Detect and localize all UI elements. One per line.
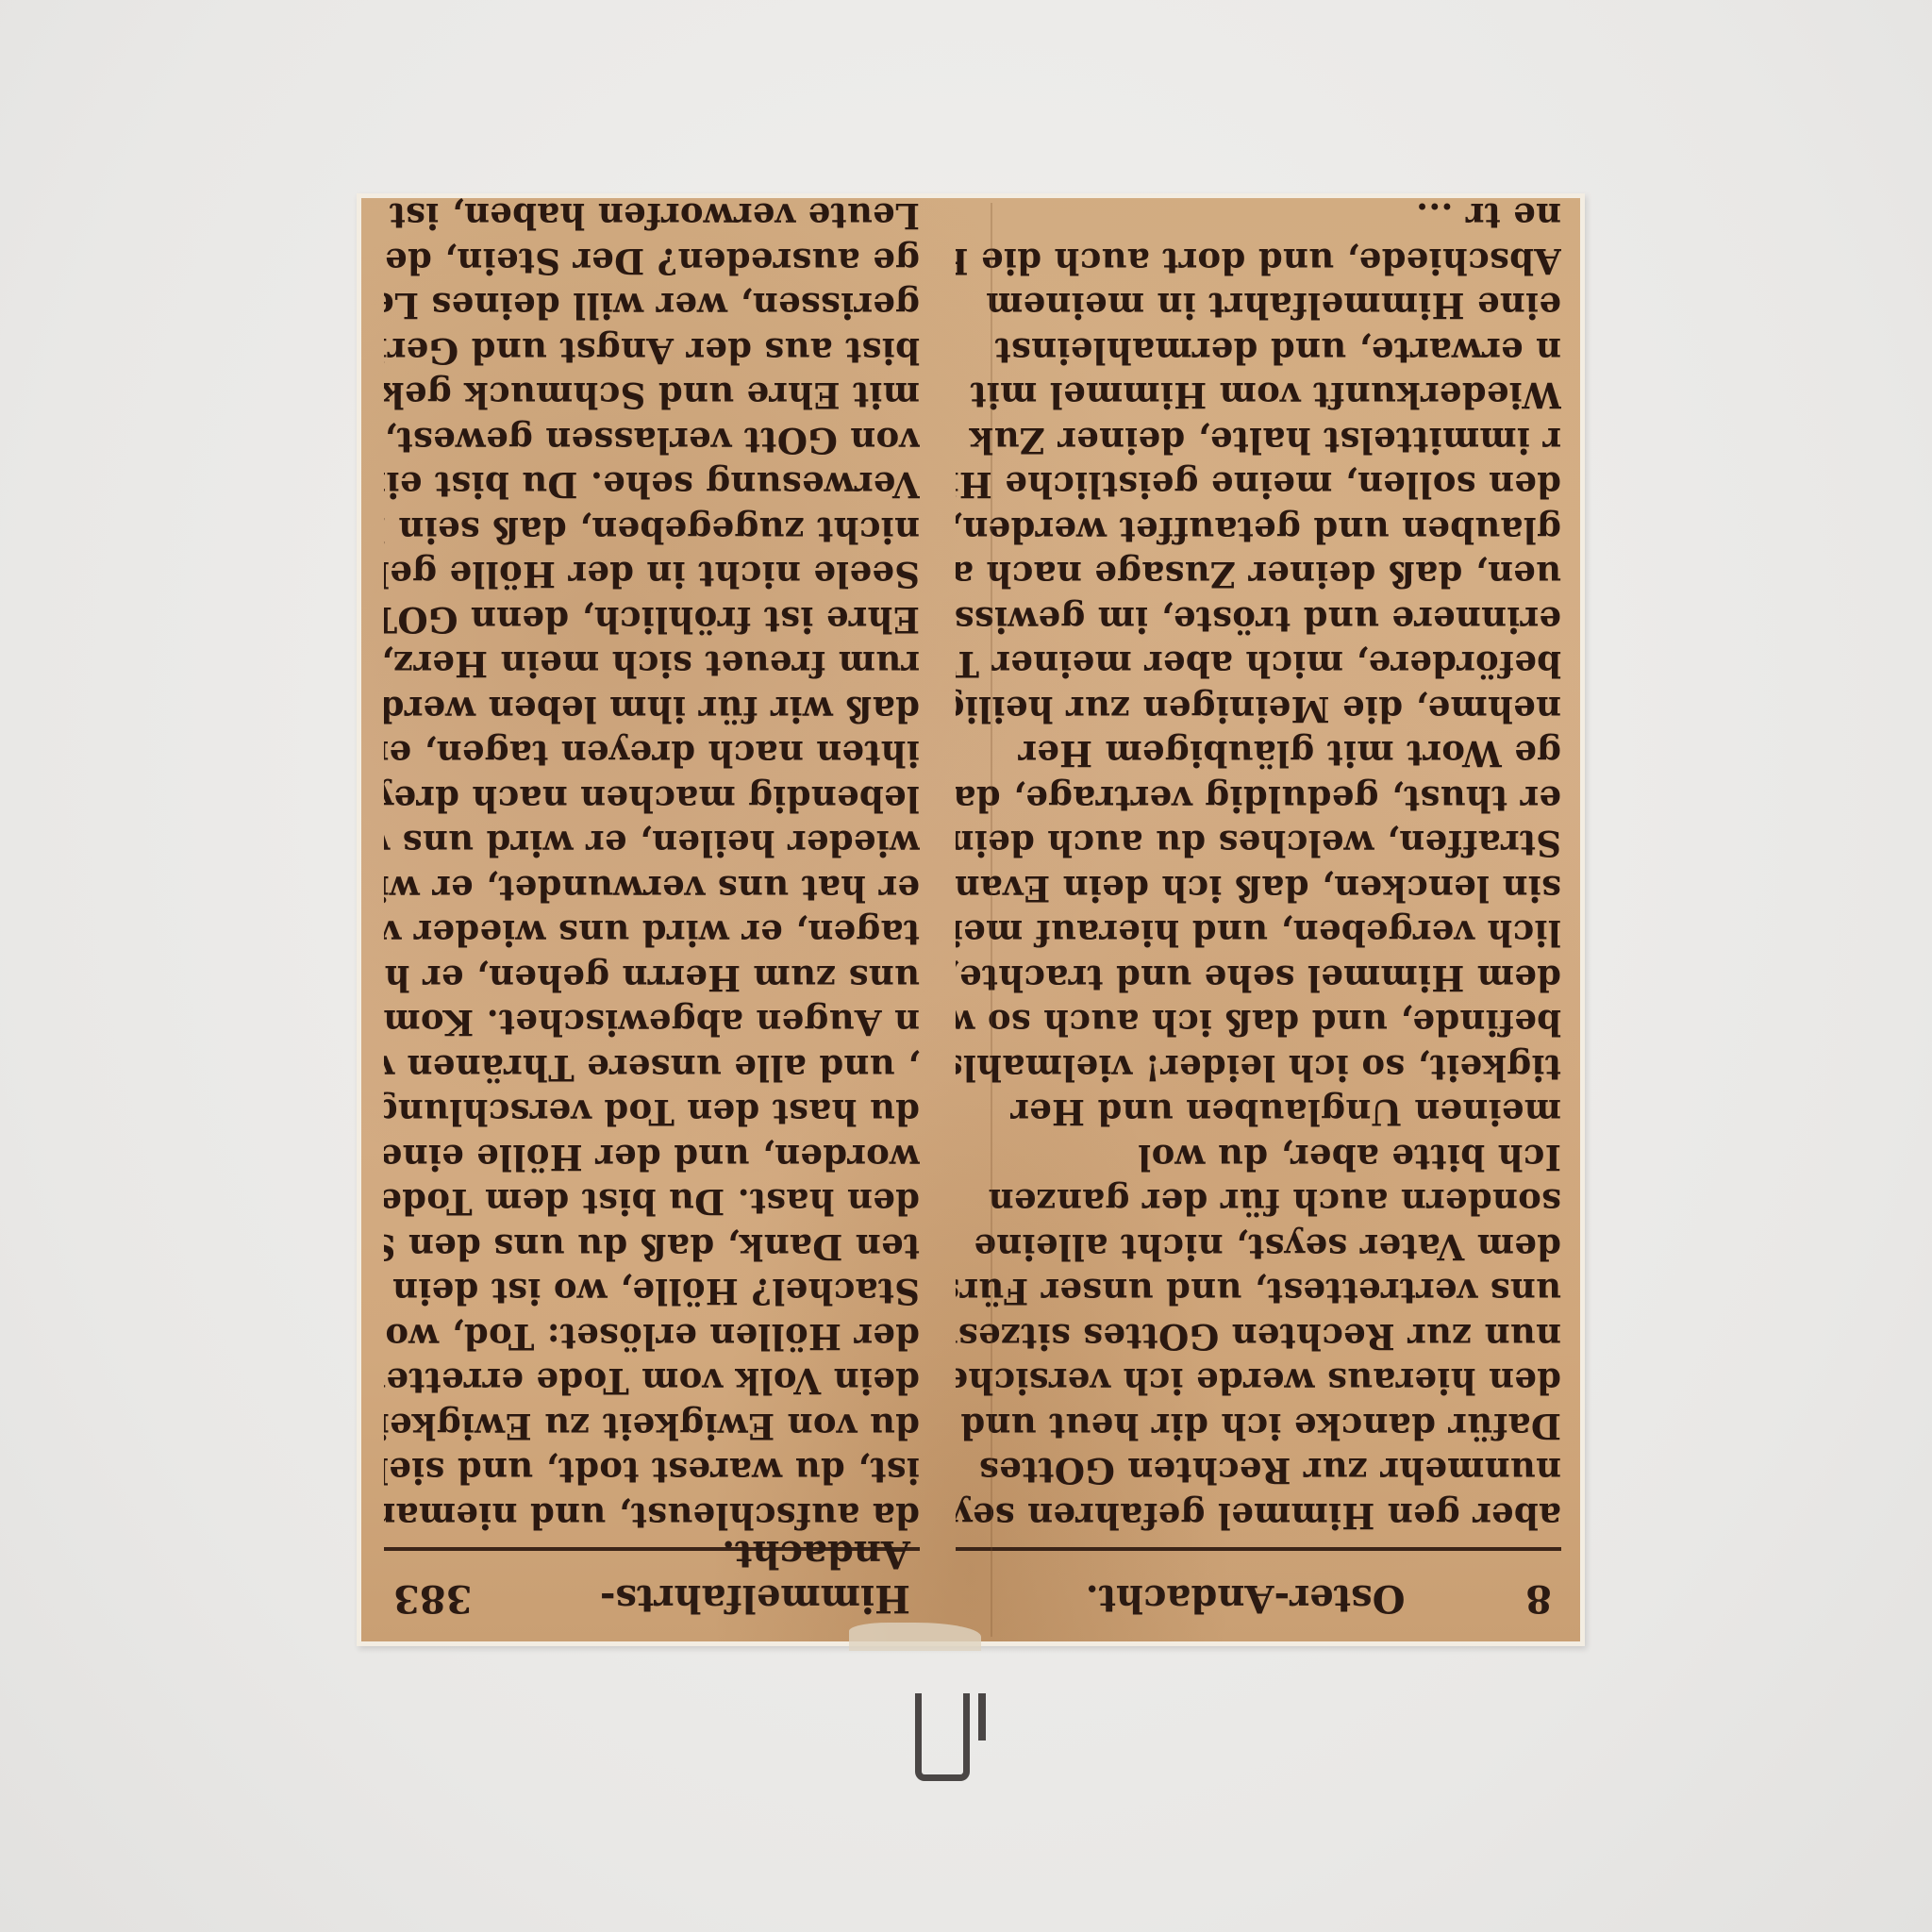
text-line: Ehre ist fröhlich, denn GOTT hat (384, 597, 920, 642)
text-line: Straffen, welches du auch deine (956, 821, 1561, 866)
text-line: mit Ehre und Schmuck gekrönet: (384, 373, 920, 418)
text-line: sin lencken, daß ich dein Evan (956, 866, 1561, 911)
metal-hook-icon (915, 1693, 970, 1781)
text-line: tagen, er wird uns wieder verbin (384, 910, 920, 956)
text-line: aber gen Himmel gefahren seyst, (956, 1493, 1561, 1539)
text-line: dein Volk vom Tode errettet, und (384, 1358, 920, 1404)
text-line: Ich bitte aber, du wol (956, 1135, 1561, 1180)
page-seam (991, 203, 992, 1637)
text-line: den hast. Du bist dem Tode ein (384, 1179, 920, 1224)
page-title: Himmelfahrts-Andacht. (473, 1532, 911, 1621)
page-number: 8 (1525, 1576, 1552, 1621)
text-line: Dafür dancke ich dir heut und (956, 1404, 1561, 1449)
text-line: du hast den Tod verschlungen ewig (384, 1090, 920, 1135)
text-line: du von Ewigkeit zu Ewigkeit: Du (384, 1404, 920, 1449)
text-line: den hieraus werde ich versichert, (956, 1358, 1561, 1404)
page-header: Himmelfahrts-Andacht. 383 (384, 1547, 920, 1621)
text-line: ist, du warest todt, und siehe nun (384, 1448, 920, 1493)
page-header: 8 Oster-Andacht. (956, 1547, 1561, 1621)
text-line: uns vertrettest, und unser Fürspre (956, 1269, 1561, 1314)
pasted-paper: 8 Oster-Andacht. aber gen Himmel gefahre… (361, 198, 1580, 1641)
text-line: eine Himmelfahrt in meinem (956, 283, 1561, 328)
text-line: daß wir für ihm leben werden. (384, 687, 920, 732)
text-line: uen, daß deiner Zusage nach alle, (956, 552, 1561, 597)
text-line: sondern auch für der ganzen (956, 1179, 1561, 1224)
text-line: da aufschleust, und niemand zu (384, 1493, 920, 1539)
page-himmelfahrts-andacht: Himmelfahrts-Andacht. 383 da aufschleust… (361, 198, 927, 1641)
text-line: worden, und der Hölle eine Pestil (384, 1135, 920, 1180)
text-line: der Höllen erlöset: Tod, wo ist (384, 1314, 920, 1359)
text-line: glauben und getauffet werden, se (956, 508, 1561, 553)
text-line: nunmehr zur Rechten GOttes (956, 1448, 1561, 1493)
text-line: uns zum Herrn gehen, er hat uns (384, 956, 920, 1001)
text-line: dem Himmel sehe und trachte, (956, 956, 1561, 1001)
text-line: ge ausreden? Der Stein, den die (384, 239, 920, 284)
text-line: ge Wort mit gläubigem Her (956, 731, 1561, 776)
text-line: n erwarte, und dermahleinst (956, 328, 1561, 374)
text-line: nun zur Rechten GOttes sitzest, (956, 1314, 1561, 1359)
text-line: nehme, die Meinigen zur heiligen (956, 687, 1561, 732)
text-line: er thust, geduldig vertrage, das (956, 776, 1561, 822)
text-line: lich vergeben, und hierauf mein (956, 910, 1561, 956)
text-line: r immittelst halte, deiner Zuk (956, 418, 1561, 463)
text-line: nicht zugegeben, daß sein Heiliger (384, 508, 920, 553)
text-line: er hat uns verwundet, er wird (384, 866, 920, 911)
text-line: bist aus der Angst und Gericht hin (384, 328, 920, 374)
text-line: befinde, und daß ich auch so we (956, 1000, 1561, 1045)
text-line: Stachel? Hölle, wo ist dein Sieg (384, 1269, 920, 1314)
text-line: von GOtt verlassen gewest, aber (384, 418, 920, 463)
page-oster-andacht: 8 Oster-Andacht. aber gen Himmel gefahre… (927, 198, 1580, 1641)
text-line: Leute verworfen haben, ist zum (384, 198, 920, 239)
text-line: rum freuet sich mein Herz, und mei (384, 641, 920, 687)
text-line: dem Vater seyst, nicht alleine (956, 1224, 1561, 1270)
page-title: Oster-Andacht. (1086, 1576, 1406, 1621)
text-line: ihten nach dreyen tagen, er wird (384, 731, 920, 776)
hook-shank (978, 1693, 986, 1740)
text-line: ten Dank, daß du uns den Sieg (384, 1224, 920, 1270)
text-line: den sollen, meine geistliche Hin (956, 462, 1561, 508)
paper-tear (849, 1623, 981, 1651)
text-line: Abschiede, und dort auch die Frö (956, 239, 1561, 284)
text-line: wieder heilen, er wird uns wieder (384, 821, 920, 866)
text-line: Verwesung sehe. Du bist eine kleine (384, 462, 920, 508)
text-line: gerissen, wer will deines Lebens (384, 283, 920, 328)
text-line: befördere, mich aber meiner Tauf (956, 641, 1561, 687)
text-line: ne tr ... (956, 198, 1561, 239)
text-line: , und alle unsere Thränen von (384, 1045, 920, 1091)
text-line: meinen Unglauben und Her (956, 1090, 1561, 1135)
text-line: erinnere und tröste, im gewissen (956, 597, 1561, 642)
text-line: tigkeit, so ich leider! vielmahls (956, 1045, 1561, 1091)
text-line: n Augen abgewischet. Kommt, (384, 1000, 920, 1045)
page-number: 383 (393, 1576, 473, 1621)
upside-down-content: 8 Oster-Andacht. aber gen Himmel gefahre… (361, 198, 1580, 1641)
text-line: Wiederkunft vom Himmel mit (956, 373, 1561, 418)
text-line: lebendig machen nach dreyen ta (384, 776, 920, 822)
text-line: Seele nicht in der Hölle gelassen, (384, 552, 920, 597)
